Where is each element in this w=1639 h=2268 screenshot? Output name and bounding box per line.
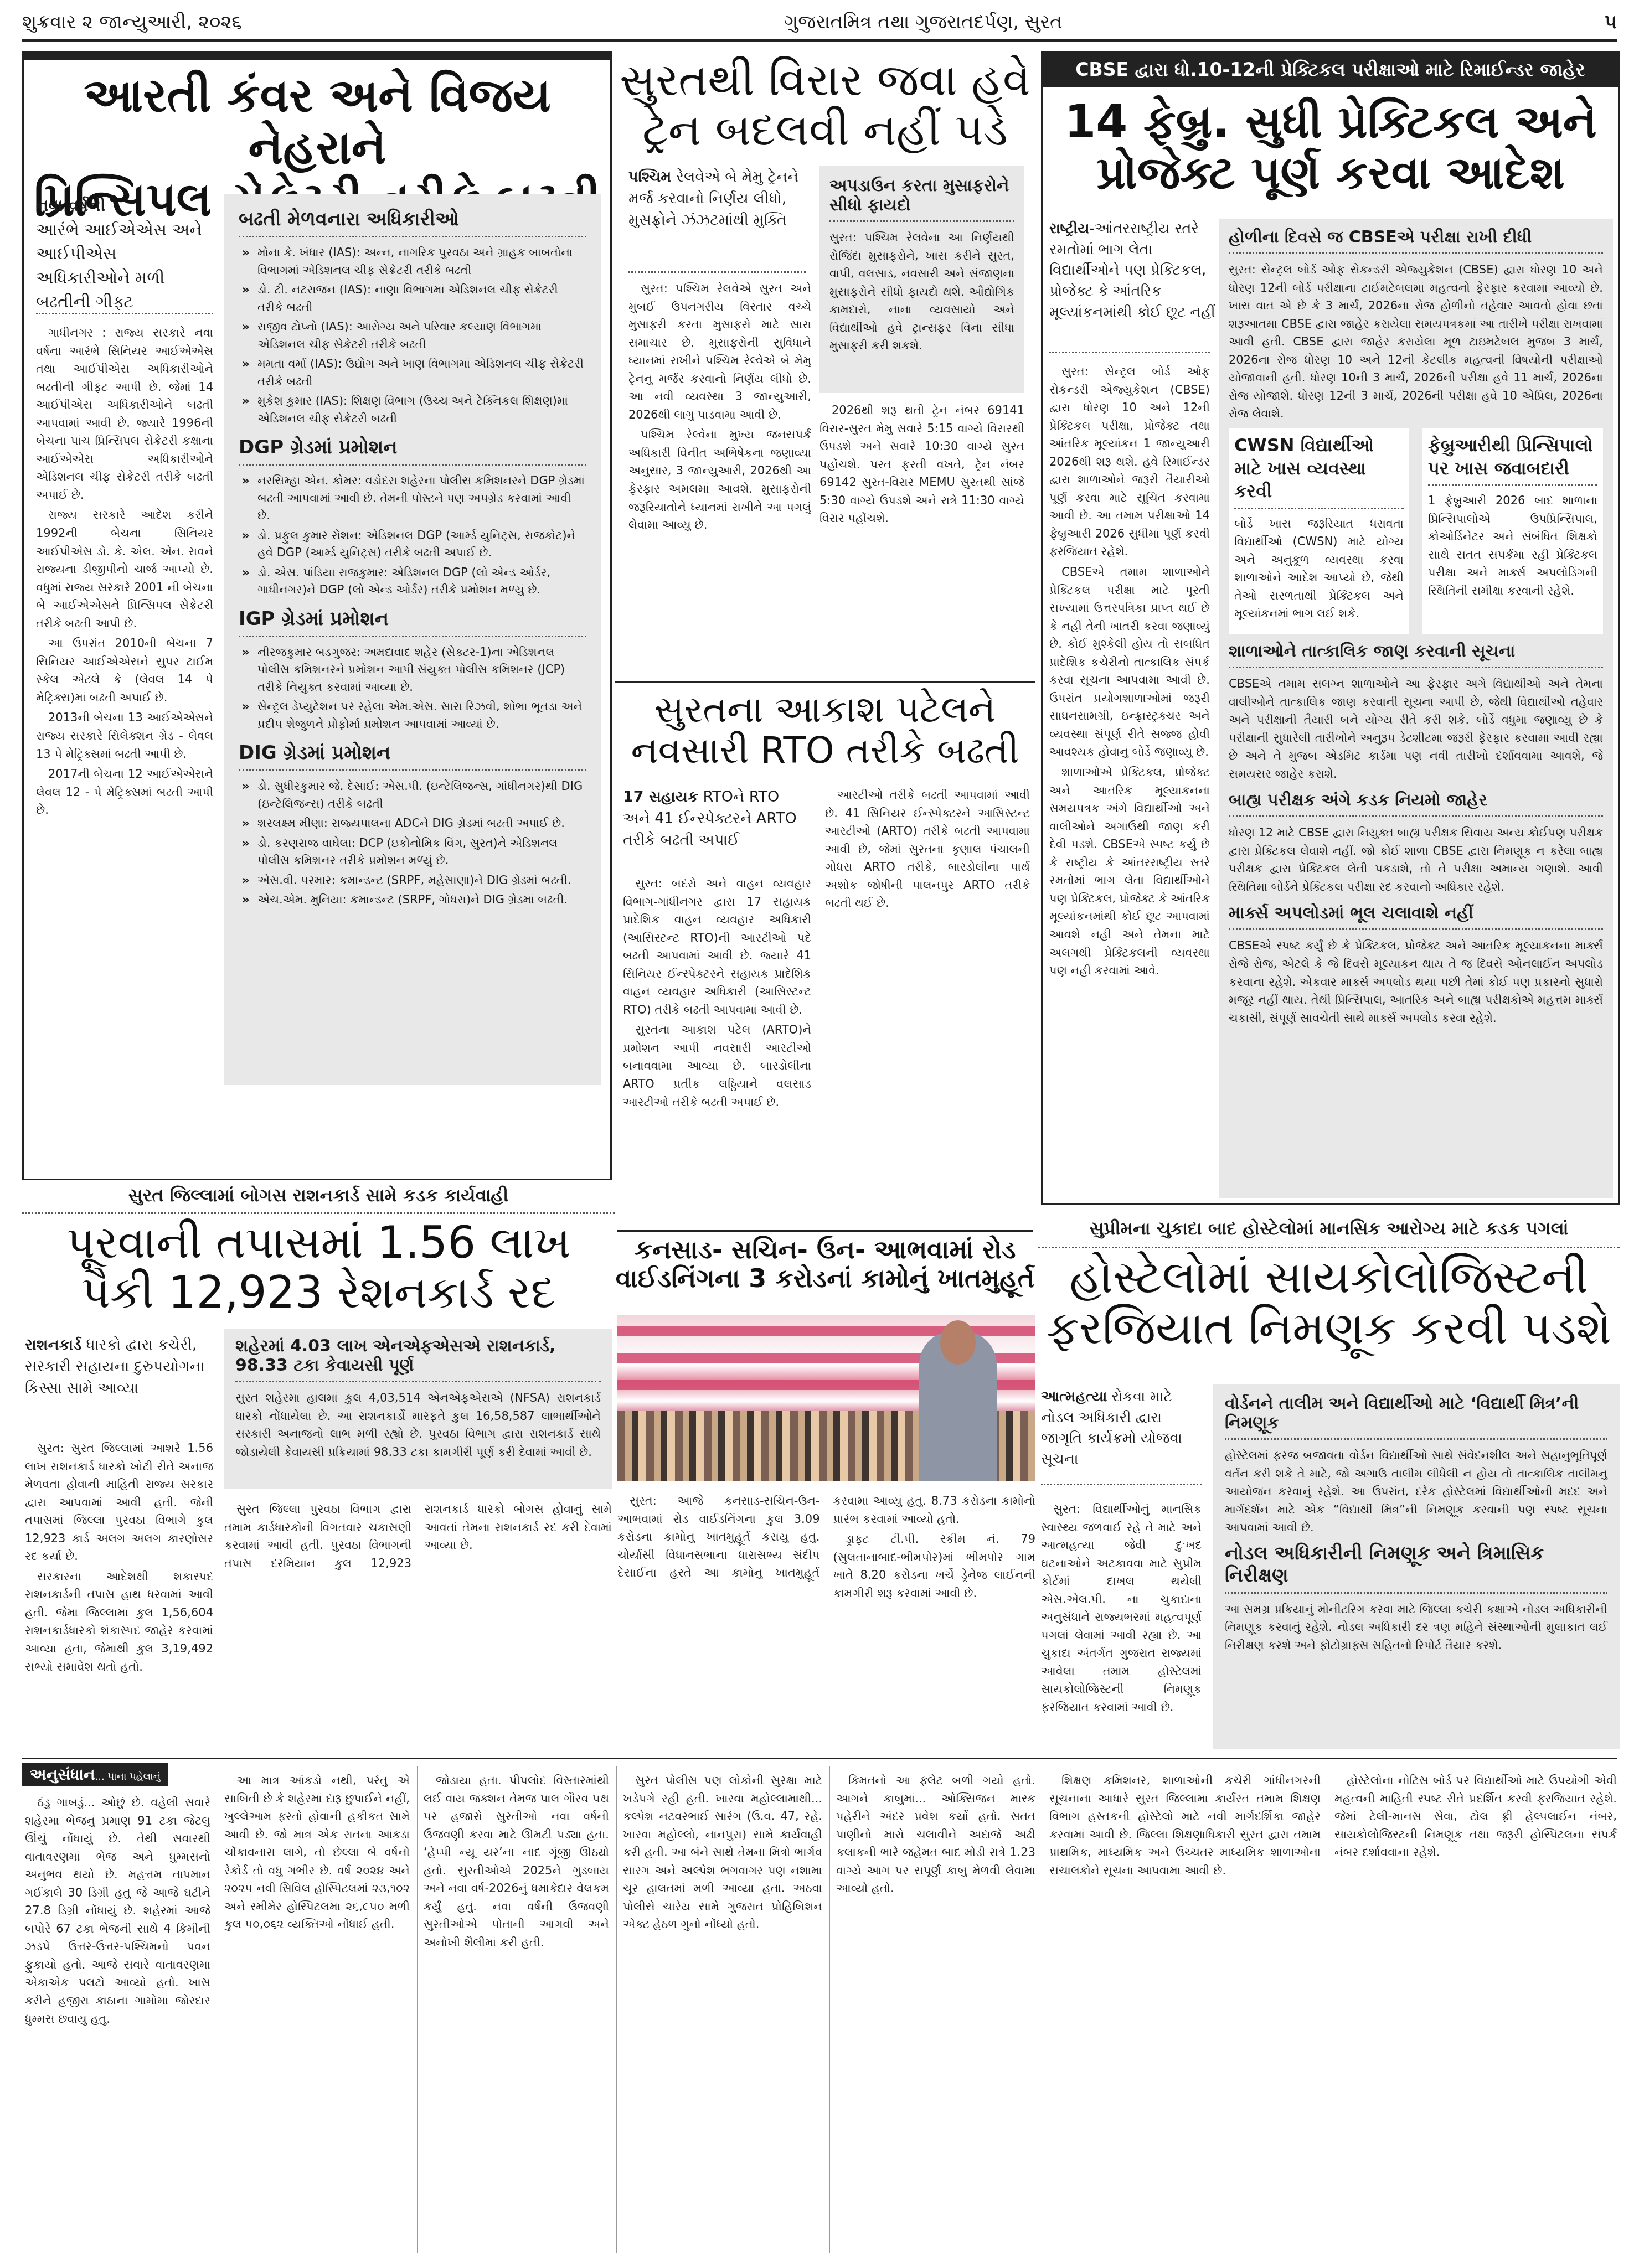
holi-body: સુરત: સેન્ટ્રલ બોર્ડ ઓફ સેકન્ડરી એજ્યુકે… <box>1229 261 1603 423</box>
paragraph: આરટીઓ તરીકે બઢતી આપવામાં આવી છે. 41 સિનિ… <box>825 786 1030 912</box>
dig-heading: DIG ગ્રેડમાં પ્રમોશન <box>239 742 586 771</box>
sidebar-body: સુરત: પશ્ચિમ રેલવેના આ નિર્ણયથી રોજિંદા … <box>829 229 1014 355</box>
column-rule <box>417 1766 418 2253</box>
page-number: ૫ <box>1605 11 1617 33</box>
paragraph: સુરતના આકાશ પટેલ (ARTO)ને પ્રમોશન આપી નવ… <box>623 1021 811 1111</box>
warden-body: હોસ્ટેલમાં ફરજ બજાવતા વોર્ડન વિદ્યાર્થીઓ… <box>1225 1446 1607 1537</box>
intro-lead: નવા વર્ષની <box>36 196 105 215</box>
headline-line-1: સુરતના આકાશ પટેલને <box>615 689 1035 730</box>
list-item: મુકેશ કુમાર (IAS): શિક્ષણ વિભાગ (ઉચ્ચ અન… <box>239 392 586 427</box>
updown-passengers-box: અપડાઉન કરતા મુસાફરોને સીધો ફાયદો સુરત: પ… <box>819 166 1024 393</box>
continuation-label: અનુસંધાન... પાના પહેલાનું <box>22 1763 168 1786</box>
cbse-headline: 14 ફેબ્રુ. સુધી પ્રેક્ટિકલ અને પ્રોજેક્ટ… <box>1048 97 1613 199</box>
rto-intro: 17 સહાયક RTOને RTO અને 41 ઈન્સ્પેક્ટરને … <box>623 786 800 851</box>
headline-line-2: પ્રોજેક્ટ પૂર્ણ કરવા આદેશ <box>1048 148 1613 199</box>
cwsn-heading: CWSN વિદ્યાર્થીઓ માટે ખાસ વ્યવસ્થા કરવી <box>1234 434 1404 509</box>
road-top-rule <box>617 1230 1033 1232</box>
paragraph: ગાંધીનગર : રાજ્ય સરકારે નવા વર્ષના આરંભે… <box>36 324 213 504</box>
story-promotion: આરતી કંવર અને વિજય નેહરાને પ્રિન્સિપલ સે… <box>22 51 612 1180</box>
list-item: નરસિમ્હા એન. કોમર: વડોદરા શહેરના પોલીસ ક… <box>239 472 586 525</box>
nodal-heading: નોડલ અધિકારીની નિમણૂક અને ત્રિમાસિક નિરી… <box>1225 1542 1607 1594</box>
sidebar-heading: અપડાઉન કરતા મુસાફરોને સીધો ફાયદો <box>829 176 1014 222</box>
train-headline: સુરતથી વિરાર જવા હવે ટ્રેન બદલવી નહીં પડ… <box>615 55 1035 154</box>
list-item: એસ.વી. પરમાર: કમાન્ડન્ટ (SRPF, મહેસાણા)ન… <box>239 872 586 890</box>
holi-heading: હોળીના દિવસે જ CBSEએ પરીક્ષા રાખી દીધી <box>1229 228 1603 254</box>
igp-list: નીરજકુમાર બડગુજર: અમદાવાદ શહેર (સેક્ટર-1… <box>239 644 586 733</box>
paragraph: હોસ્ટેલોના નોટિસ બોર્ડ પર વિદ્યાર્થીઓ મા… <box>1334 1771 1617 1862</box>
ration-kicker: સુરત જિલ્લામાં બોગસ રાશનકાર્ડ સામે કડક ક… <box>22 1185 615 1206</box>
list-item: નીરજકુમાર બડગુજર: અમદાવાદ શહેર (સેક્ટર-1… <box>239 644 586 696</box>
rto-body-col-1: સુરત: બંદરો અને વાહન વ્યવહાર વિભાગ-ગાંધી… <box>623 875 811 1196</box>
paragraph: CBSEએ તમામ શાળાઓને પ્રેક્ટિકલ પરીક્ષા મા… <box>1049 563 1210 761</box>
column-rule <box>1043 1766 1043 2253</box>
list-item: રાજીવ ટોપ્નો (IAS): આરોગ્ય અને પરિવાર કલ… <box>239 318 586 353</box>
intro-divider <box>628 271 806 273</box>
cbse-topbar: CBSE દ્વારા ધો.10-12ની પ્રેક્ટિકલ પરીક્ષ… <box>1043 53 1618 87</box>
headline-line-2: ફરજિયાત નિમણૂક કરવી પડશે <box>1038 1303 1620 1354</box>
road-headline: કનસાડ- સચિન- ઉન- આભવામાં રોડ વાઈડનિંગના … <box>615 1236 1035 1293</box>
headline-line-1: હોસ્ટેલોમાં સાયકોલોજિસ્ટની <box>1038 1252 1620 1303</box>
column-rule <box>829 1766 830 2253</box>
list-item: ડો. એસ. પાંડિયા રાજકુમાર: એડિશનલ DGP (લો… <box>239 564 586 599</box>
ias-list: મોના કે. ખંધાર (IAS): અન્ન, નાગરિક પુરવઠ… <box>239 244 586 427</box>
column-rule <box>616 1766 617 2253</box>
label-suffix: ... પાના પહેલાનું <box>95 1771 161 1783</box>
intro-lead: રાષ્ટ્રીય <box>1049 220 1090 237</box>
kicker-divider <box>22 1212 615 1214</box>
warden-heading: વોર્ડનને તાલીમ અને વિદ્યાર્થીઓ માટે ‘વિદ… <box>1225 1394 1607 1440</box>
hostel-sidebar: વોર્ડનને તાલીમ અને વિદ્યાર્થીઓ માટે ‘વિદ… <box>1213 1384 1620 1749</box>
train-body-col-2: 2026થી શરૂ થતી ટ્રેન નંબર 69141 વિરાર-સુ… <box>819 401 1024 662</box>
sidebar-body: સુરત શહેરમાં હાલમાં કુલ 4,03,514 એનએફએસએ… <box>235 1389 601 1461</box>
kicker-divider <box>1038 1247 1620 1248</box>
cbse-subgrid: CWSN વિદ્યાર્થીઓ માટે ખાસ વ્યવસ્થા કરવી … <box>1229 428 1603 634</box>
paragraph: સુરત: બંદરો અને વાહન વ્યવહાર વિભાગ-ગાંધી… <box>623 875 811 1019</box>
label-text: અનુસંધાન <box>30 1765 95 1784</box>
road-ceremony-photo <box>617 1315 1035 1481</box>
promoted-officers-box: બઢતી મેળવનારા અધિકારીઓ મોના કે. ખંધાર (I… <box>224 194 601 1085</box>
hostel-body: સુરત: વિદ્યાર્થીઓનું માનસિક સ્વાસ્થ્ય જળ… <box>1041 1500 1202 1749</box>
continuation-col-3: જોડાયા હતા. પીપલોદ વિસ્તારમાંથી લઈ વાય જ… <box>424 1771 609 2253</box>
ration-headline: પૂરવાની તપાસમાં 1.56 લાખ પૈકી 12,923 રેશ… <box>22 1218 615 1317</box>
intro-divider <box>36 313 213 314</box>
paragraph: સરકારના આદેશથી શંકાસ્પદ રાશનકાર્ડની તપાસ… <box>25 1568 213 1676</box>
continuation-col-2: આ માત્ર આંકડો નથી, પરંતુ એ સાબિતી છે કે … <box>224 1771 410 2253</box>
column-rule <box>1328 1766 1328 2253</box>
headline-line-2: ટ્રેન બદલવી નહીં પડે <box>615 105 1035 155</box>
list-item: મોના કે. ખંધાર (IAS): અન્ન, નાગરિક પુરવઠ… <box>239 244 586 279</box>
rto-headline: સુરતના આકાશ પટેલને નવસારી RTO તરીકે બઢતી <box>615 689 1035 771</box>
ias-heading: બઢતી મેળવનારા અધિકારીઓ <box>239 208 586 237</box>
rto-body-col-2: આરટીઓ તરીકે બઢતી આપવામાં આવી છે. 41 સિનિ… <box>825 786 1030 1196</box>
headline-line-2: પૈકી 12,923 રેશનકાર્ડ રદ <box>22 1268 615 1318</box>
cbse-sidebar: હોળીના દિવસે જ CBSEએ પરીક્ષા રાખી દીધી સ… <box>1219 219 1613 1198</box>
story-cbse: CBSE દ્વારા ધો.10-12ની પ્રેક્ટિકલ પરીક્ષ… <box>1041 51 1620 1205</box>
cwsn-body: બોર્ડે ખાસ જરૂરિયાત ધરાવતા વિદ્યાર્થીઓ (… <box>1234 515 1404 623</box>
nodal-body: આ સમગ્ર પ્રક્રિયાનું મોનીટરિંગ કરવા માટે… <box>1225 1600 1607 1655</box>
paragraph: ડ્રાફ્ટ ટી.પી. સ્કીમ નં. 79 (સુલતાનાબાદ-… <box>833 1530 1036 1602</box>
paragraph: સુરત: પશ્ચિમ રેલવેએ સુરત અને મુંબઈ ઉપનગર… <box>628 280 811 423</box>
continuation-col-1: ઠંડુ ગાબડું... ઓછું છે. વહેલી સવારે શહેર… <box>25 1794 210 2253</box>
paragraph: આ માત્ર આંકડો નથી, પરંતુ એ સાબિતી છે કે … <box>224 1771 410 1934</box>
promotion-intro: નવા વર્ષની આરંભે આઈએએસ અને આઈપીએસ અધિકાર… <box>36 194 213 314</box>
list-item: ડો. સુધીરકુમાર જે. દેસાઈ: એસ.પી. (ઇન્ટેલ… <box>239 778 586 813</box>
paragraph: 2026થી શરૂ થતી ટ્રેન નંબર 69141 વિરાર-સુ… <box>819 401 1024 528</box>
dgp-heading: DGP ગ્રેડમાં પ્રમોશન <box>239 436 586 466</box>
intro-lead: રાશનકાર્ડ <box>25 1336 81 1353</box>
paragraph: સુરત: સેન્ટ્રલ બોર્ડ ઓફ સેકન્ડરી એજ્યુકે… <box>1049 363 1210 561</box>
list-item: ડો. કરણરાજ વાઘેલા: DCP (ઇકોનોમિક વિંગ, સ… <box>239 835 586 870</box>
hostel-headline: હોસ્ટેલોમાં સાયકોલોજિસ્ટની ફરજિયાત નિમણૂ… <box>1038 1252 1620 1354</box>
paragraph: શાળાઓએ પ્રેક્ટિકલ, પ્રોજેક્ટ અને આંતરિક … <box>1049 763 1210 980</box>
cbse-intro: રાષ્ટ્રીય-આંતરરાષ્ટ્રીય સ્તરે રમતોમાં ભા… <box>1049 219 1215 323</box>
continuation-col-6: શિક્ષણ કમિશનર, શાળાઓની કચેરી ગાંધીનગરની … <box>1049 1771 1321 2253</box>
paragraph: સુરત: વિદ્યાર્થીઓનું માનસિક સ્વાસ્થ્ય જળ… <box>1041 1500 1202 1717</box>
ration-body-col-1: સુરત: સુરત જિલ્લામાં આશરે 1.56 લાખ રાશનક… <box>25 1439 213 1749</box>
ration-intro: રાશનકાર્ડ ધારકો દ્વારા કચેરી, સરકારી સહા… <box>25 1334 213 1399</box>
cbse-body: સુરત: સેન્ટ્રલ બોર્ડ ઓફ સેકન્ડરી એજ્યુકે… <box>1049 363 1210 1193</box>
headline-line-2: નવસારી RTO તરીકે બઢતી <box>615 730 1035 771</box>
dgp-list: નરસિમ્હા એન. કોમર: વડોદરા શહેરના પોલીસ ક… <box>239 472 586 599</box>
issue-date: શુક્રવાર ૨ જાન્યુઆરી, ૨૦૨૬ <box>22 11 242 33</box>
headline-line-1: સુરતથી વિરાર જવા હવે <box>615 55 1035 105</box>
topbar-text: CBSE દ્વારા ધો.10-12ની પ્રેક્ટિકલ પરીક્ષ… <box>1075 59 1585 81</box>
masthead: શુક્રવાર ૨ જાન્યુઆરી, ૨૦૨૬ ગુજરાતમિત્ર ત… <box>22 6 1617 39</box>
paragraph: 2013ની બેચના 13 આઈએએસને રાજ્ય સરકારે સિલ… <box>36 709 213 763</box>
cwsn-box: CWSN વિદ્યાર્થીઓ માટે ખાસ વ્યવસ્થા કરવી … <box>1229 428 1409 634</box>
marks-body: CBSEએ સ્પષ્ટ કર્યું છે કે પ્રેક્ટિકલ, પ્… <box>1229 937 1603 1027</box>
masthead-rule <box>22 39 1617 42</box>
principal-heading: ફેબ્રુઆરીથી પ્રિન્સિપાલો પર ખાસ જવાબદારી <box>1428 434 1597 486</box>
paragraph: જોડાયા હતા. પીપલોદ વિસ્તારમાંથી લઈ વાય જ… <box>424 1771 609 1951</box>
kicker-text: સુપ્રીમના ચુકાદા બાદ હોસ્ટેલોમાં માનસિક … <box>1089 1218 1568 1239</box>
paragraph: શિક્ષણ કમિશનર, શાળાઓની કચેરી ગાંધીનગરની … <box>1049 1771 1321 1879</box>
nfsa-box: શહેરમાં 4.03 લાખ એનએફએસએ રાશનકાર્ડ, 98.3… <box>224 1329 612 1489</box>
intro-lead: પશ્ચિમ <box>628 168 671 185</box>
kicker-text: સુરત જિલ્લામાં બોગસ રાશનકાર્ડ સામે કડક ક… <box>128 1185 508 1206</box>
headline-line-1: કનસાડ- સચિન- ઉન- આભવામાં રોડ <box>615 1236 1035 1264</box>
intro-divider <box>1041 1484 1202 1485</box>
paragraph: પશ્ચિમ રેલ્વેના મુખ્ય જનસંપર્ક અધિકારી વ… <box>628 426 811 534</box>
headline-line-2: વાઈડનિંગના 3 કરોડનાં કામોનું ખાતમુહૂર્ત <box>615 1264 1035 1293</box>
continuation-col-7: હોસ્ટેલોના નોટિસ બોર્ડ પર વિદ્યાર્થીઓ મા… <box>1334 1771 1617 2253</box>
hostel-intro: આત્મહત્યા રોકવા માટે નોડલ અધિકારી દ્વારા… <box>1041 1387 1202 1470</box>
examiner-heading: બાહ્ય પરીક્ષક અંગે કડક નિયમો જાહેર <box>1229 791 1603 817</box>
continuation-col-5: કિંમતનો આ ફ્લેટ બળી ગયો હતો. આગને કાબુમા… <box>836 1771 1035 2253</box>
intro-lead: 17 સહાયક <box>623 788 698 805</box>
intro-lead: આત્મહત્યા <box>1041 1388 1107 1405</box>
inform-body: CBSEએ તમામ સંલગ્ન શાળાઓને આ ફેરફાર અંગે … <box>1229 675 1603 783</box>
road-body: સુરત: આજે કનસાડ-સચિન-ઉન-આભવામાં રોડ વાઈડ… <box>617 1492 1035 1747</box>
inform-heading: શાળાઓને તાત્કાલિક જાણ કરવાની સૂચના <box>1229 642 1603 668</box>
list-item: મમતા વર્મા (IAS): ઉદ્યોગ અને ખાણ વિભાગમા… <box>239 355 586 390</box>
marks-heading: માર્ક્સ અપલોડમાં ભૂલ ચલાવાશે નહીં <box>1229 903 1603 930</box>
paragraph: સુરત જિલ્લા પુરવઠા વિભાગ દ્વારા તમામ કાર… <box>224 1500 612 1572</box>
paragraph: ઠંડુ ગાબડું... ઓછું છે. વહેલી સવારે શહેર… <box>25 1794 210 2028</box>
paragraph: રાજ્ય સરકારે આદેશ કરીને 1992ની બેચના સિન… <box>36 506 213 632</box>
intro-divider <box>1049 352 1210 353</box>
continuation-top-rule <box>22 1758 1617 1759</box>
sidebar-heading: શહેરમાં 4.03 લાખ એનએફએસએ રાશનકાર્ડ, 98.3… <box>235 1336 601 1382</box>
list-item: એચ.એમ. મુનિયા: કમાન્ડન્ટ (SRPF, ગોધરા)ને… <box>239 891 586 909</box>
examiner-body: ધોરણ 12 માટે CBSE દ્વારા નિયુક્ત બાહ્ય પ… <box>1229 824 1603 896</box>
train-body-col-1: સુરત: પશ્ચિમ રેલવેએ સુરત અને મુંબઈ ઉપનગર… <box>628 280 811 662</box>
ration-body-col-2: સુરત જિલ્લા પુરવઠા વિભાગ દ્વારા તમામ કાર… <box>224 1500 612 1749</box>
dig-list: ડો. સુધીરકુમાર જે. દેસાઈ: એસ.પી. (ઇન્ટેલ… <box>239 778 586 909</box>
principal-body: 1 ફેબ્રુઆરી 2026 બાદ શાળાના પ્રિન્સિપાલો… <box>1428 492 1597 600</box>
list-item: ડો. પ્રફુલ કુમાર રોશન: એડિશનલ DGP (આર્મ્… <box>239 527 586 562</box>
list-item: શરલક્ષ્મ મીણા: રાજ્યપાલના ADCને DIG ગ્રે… <box>239 815 586 833</box>
paragraph: સુરત: સુરત જિલ્લામાં આશરે 1.56 લાખ રાશનક… <box>25 1439 213 1566</box>
train-rto-divider <box>615 681 1035 683</box>
story-top-bar <box>24 53 610 60</box>
headline-line-1: પૂરવાની તપાસમાં 1.56 લાખ <box>22 1218 615 1268</box>
list-item: સેન્ટ્રલ ડેપ્યુટેશન પર રહેલા એમ.એસ. સારા… <box>239 698 586 733</box>
paragraph: 2017ની બેચના 12 આઈએએસને લેવલ 12 - પે મેટ… <box>36 765 213 819</box>
list-item: ડો. ટી. નટરાજન (IAS): નાણાં વિભાગમાં એડિ… <box>239 281 586 316</box>
headline-line-1: આરતી કંવર અને વિજય નેહરાને <box>29 69 605 173</box>
igp-heading: IGP ગ્રેડમાં પ્રમોશન <box>239 608 586 637</box>
column-rule <box>218 1766 218 2253</box>
paragraph: આ ઉપરાંત 2010ની બેચના 7 સિનિયર આઈએએસને સ… <box>36 634 213 706</box>
intro-rest: આરંભે આઈએએસ અને આઈપીએસ અધિકારીઓને મળી બઢ… <box>36 220 202 312</box>
promotion-body-col-1: ગાંધીનગર : રાજ્ય સરકારે નવા વર્ષના આરંભે… <box>36 324 213 1110</box>
principal-box: ફેબ્રુઆરીથી પ્રિન્સિપાલો પર ખાસ જવાબદારી… <box>1422 428 1603 634</box>
paragraph: કિંમતનો આ ફ્લેટ બળી ગયો હતો. આગને કાબુમા… <box>836 1771 1035 1898</box>
train-intro: પશ્ચિમ રેલવેએ બે મેમુ ટ્રેનને મર્જ કરવાન… <box>628 166 811 231</box>
continuation-col-4: સુરત પોલીસ પણ લોકોની સુરક્ષા માટે ખડેપગે… <box>623 1771 822 2253</box>
newspaper-name: ગુજરાતમિત્ર તથા ગુજરાતદર્પણ, સુરત <box>785 11 1063 33</box>
hostel-kicker: સુપ્રીમના ચુકાદા બાદ હોસ્ટેલોમાં માનસિક … <box>1038 1218 1620 1239</box>
headline-line-1: 14 ફેબ્રુ. સુધી પ્રેક્ટિકલ અને <box>1048 97 1613 148</box>
paragraph: સુરત પોલીસ પણ લોકોની સુરક્ષા માટે ખડેપગે… <box>623 1771 822 1934</box>
